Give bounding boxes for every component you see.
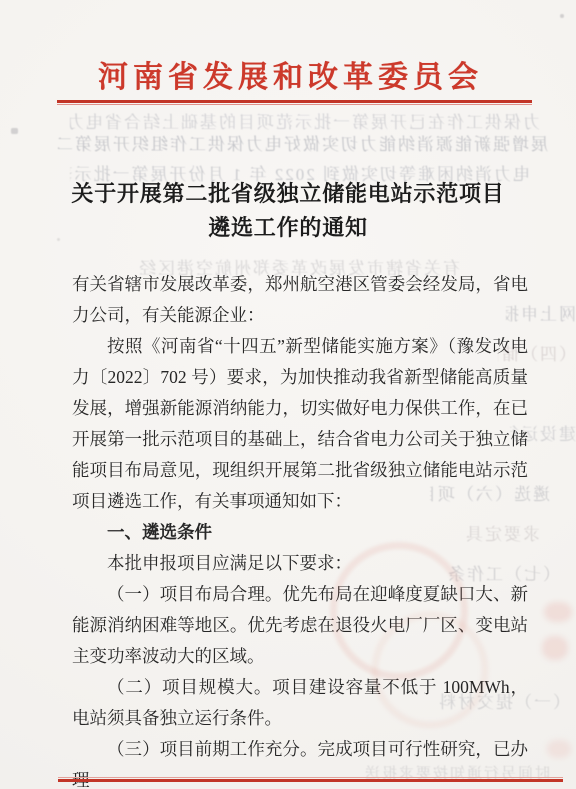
letterhead-divider-rule (57, 100, 532, 105)
ink-bleed-blob (547, 740, 571, 758)
scanned-document-page: 河南省发展和改革委员会 力保供工作在已开展第一批示范项目的基础上结合省电力公司 … (0, 0, 576, 789)
document-title-line1: 关于开展第二批省级独立储能电站示范项目 (0, 177, 576, 211)
divider-thick-line (57, 100, 532, 103)
paragraph-introduction: 按照《河南省“十四五”新型储能实施方案》（豫发改电力〔2022〕702 号）要求… (72, 331, 528, 517)
scan-speck (11, 128, 18, 134)
paragraph-criterion-1: （一）项目布局合理。优先布局在迎峰度夏缺口大、新能源消纳困难等地区。优先考虑在退… (72, 579, 528, 672)
ink-bleed-blob (544, 602, 572, 622)
document-title-line2: 遴选工作的通知 (0, 211, 576, 245)
ink-bleed-blob (542, 636, 568, 660)
paragraph-requirements-lead: 本批申报项目应满足以下要求： (72, 548, 528, 579)
bleed-through-text: 力保供工作在已开展第一批示范项目的基础上结合省电力公司 (70, 108, 540, 133)
footer-thin-line (58, 777, 563, 778)
letterhead-org-name: 河南省发展和改革委员会 (0, 52, 576, 96)
paragraph-criterion-2: （二）项目规模大。项目建设容量不低于 100MWh，电站须具备独立运行条件。 (72, 672, 528, 734)
document-title: 关于开展第二批省级独立储能电站示范项目 遴选工作的通知 (0, 177, 576, 245)
footer-thick-line (58, 779, 563, 782)
footer-divider-rule (58, 777, 563, 782)
divider-thin-line (57, 104, 532, 105)
document-body: 有关省辖市发展改革委，郑州航空港区管委会经发局，省电力公司，有关能源企业： 按照… (72, 269, 528, 789)
scan-speck (560, 14, 564, 18)
bleed-through-text: 展增强新能源消纳能力切实做好电力保供工作组织开展第二批省级独立 (58, 130, 548, 155)
paragraph-salutation: 有关省辖市发展改革委，郑州航空港区管委会经发局，省电力公司，有关能源企业： (72, 269, 528, 331)
section-heading-criteria: 一、遴选条件 (72, 517, 528, 548)
